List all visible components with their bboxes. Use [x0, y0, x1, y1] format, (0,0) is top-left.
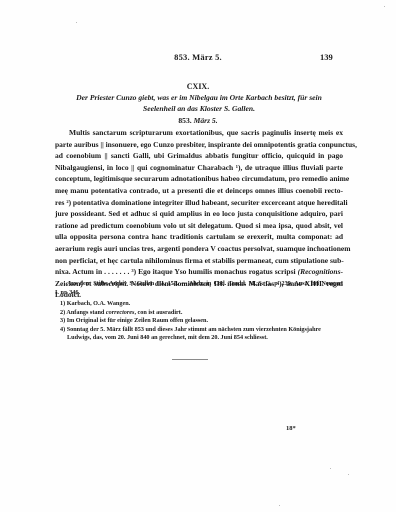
- recognition-sign-label: (Recognitions-: [298, 267, 343, 276]
- charter-body: Multis sanctarum scripturarum exortation…: [55, 127, 343, 301]
- body-line: jure possideant. Sed et adhuc si quid am…: [55, 208, 343, 220]
- body-line: non perficiat, et hęc cartula nihilominu…: [55, 255, 343, 267]
- body-line-text: nixa. Actum in . . . . . . . ³) Ego itaq…: [55, 267, 296, 276]
- charter-number: CXIX.: [0, 82, 396, 91]
- document-page: 853. März 5. 139 CXIX. Der Priester Cunz…: [0, 0, 396, 512]
- body-line: Multis sanctarum scripturarum exortation…: [55, 127, 343, 139]
- footnote-italic: correctores: [106, 309, 135, 316]
- scan-speck: [76, 22, 77, 23]
- footnote-mark: 1): [60, 300, 65, 307]
- footnote-mark: 3): [60, 317, 65, 324]
- footnote-text: Sonntag der 5. März fällt 853 und dieses…: [67, 326, 321, 333]
- charter-date-year: 853.: [178, 116, 191, 125]
- running-head: 853. März 5. 139: [0, 52, 396, 64]
- body-line: aerarium regis auri uncias tres, argenti…: [55, 243, 343, 255]
- running-head-date: 853. März 5.: [0, 52, 396, 62]
- signature-mark: 18*: [286, 425, 296, 432]
- page-number: 139: [320, 52, 333, 62]
- footnote-mark: 4): [60, 326, 65, 333]
- charter-date-day: März 5.: [194, 116, 218, 125]
- charter-regest: Der Priester Cunzo giebt, was er im Nibe…: [58, 92, 340, 114]
- source-note: Aus dem Stifts-Archiv S. Gallen III, 155…: [55, 279, 343, 297]
- body-line: parte auribus || insonuere, ego Cunzo pr…: [55, 139, 343, 151]
- scan-speck: [330, 468, 331, 469]
- footnote-mark: 2): [60, 309, 65, 316]
- charter-date: 853. März 5.: [0, 116, 396, 125]
- body-line: meę manu potentativa contrado, ut a pres…: [55, 185, 343, 197]
- footnote-text: , con ist ausradirt.: [134, 309, 182, 316]
- body-line: nixa. Actum in . . . . . . . ³) Ego itaq…: [55, 266, 343, 278]
- footnote-1: 1) Karbach, O.A. Wangen.: [60, 300, 342, 309]
- footnote-text: Karbach, O.A. Wangen.: [67, 300, 131, 307]
- scan-speck: [279, 505, 280, 506]
- regest-line: Seelenheil an das Kloster S. Gallen.: [143, 104, 255, 113]
- body-line: ratione ad predictum coenobium volo ut s…: [55, 220, 343, 232]
- footnote-text: Im Original ist für einige Zeilen Raum o…: [67, 317, 208, 324]
- source-line: I. nr. 346.: [55, 288, 343, 297]
- footnote-text: Anfangs stand: [66, 309, 106, 316]
- body-line: ad coenobium || sancti Galli, ubi Grimal…: [55, 150, 343, 162]
- scan-speck: [384, 6, 385, 7]
- source-line: Aus dem Stifts-Archiv S. Gallen III, 155…: [55, 279, 343, 288]
- footnote-4: 4) Sonntag der 5. März fällt 853 und die…: [60, 326, 342, 335]
- body-line: res ²) potentativa dominatione integrite…: [55, 197, 343, 209]
- body-line: Nibalgaugiensi, in loco || qui cognomina…: [55, 162, 343, 174]
- regest-line: Der Priester Cunzo giebt, was er im Nibe…: [76, 93, 322, 102]
- body-line: conceptum, legitimisque securarum adnota…: [55, 173, 343, 185]
- footnotes: 1) Karbach, O.A. Wangen. 2) Anfangs stan…: [60, 300, 342, 343]
- scan-speck: [348, 474, 349, 475]
- footnote-3: 3) Im Original ist für einige Zeilen Rau…: [60, 317, 342, 326]
- separator-rule: [172, 359, 208, 360]
- body-line: ulla opposita persona contra hanc tradit…: [55, 231, 343, 243]
- footnote-4-continuation: Ludwigs, das, vom 20. Juni 840 an gerech…: [60, 334, 342, 343]
- footnote-2: 2) Anfangs stand correctores, con ist au…: [60, 309, 342, 318]
